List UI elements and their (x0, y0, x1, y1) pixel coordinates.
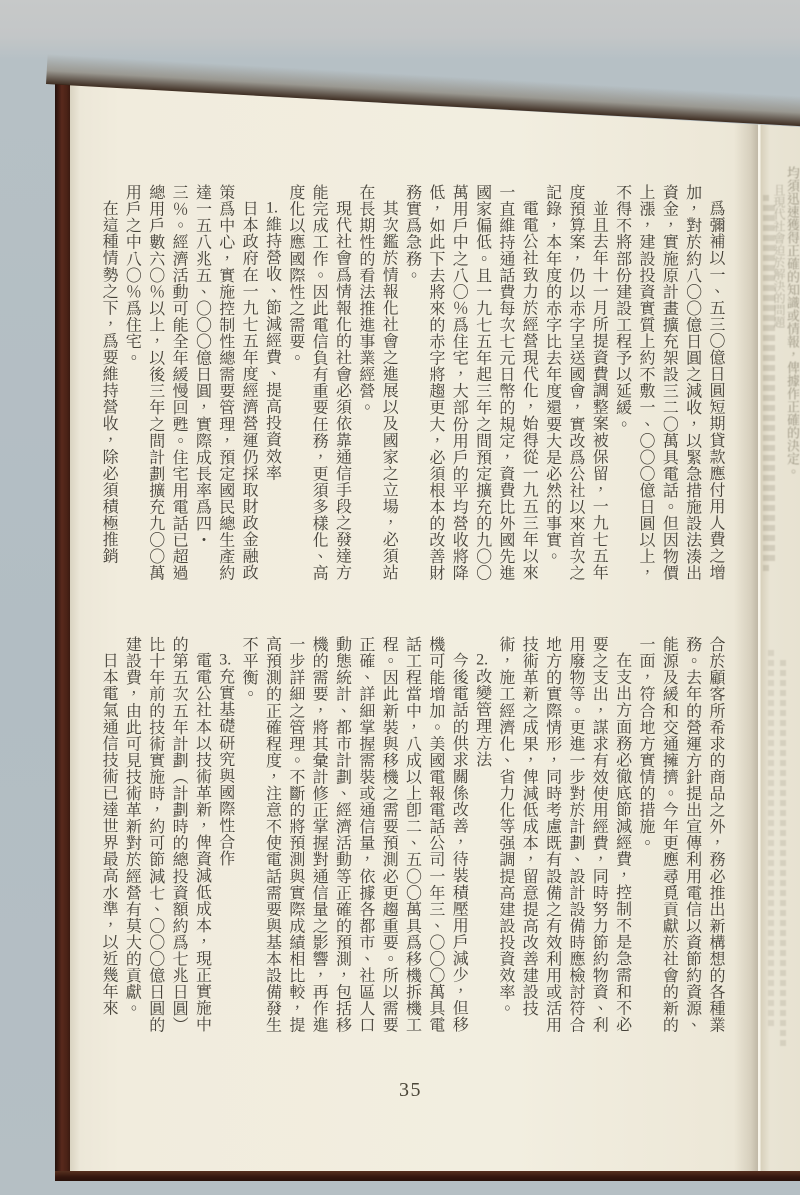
paragraph: 日本政府在一九七五年度經濟營運仍採取財政金融政策爲中心，實施控制性總需要管理，預… (120, 184, 260, 584)
section-heading: 3.充實基礎研究與國際性合作 (213, 636, 236, 1038)
paragraph: 日本電氣通信技術已達世界最高水準，以近幾年來 (97, 636, 120, 1038)
paragraph: 在這種情勢之下，爲要維持營收，除必須積極推銷 (97, 184, 120, 584)
section-number: 1. (263, 200, 280, 216)
adjacent-page-ghost-text (768, 650, 774, 1030)
adjacent-page-ghost-text (780, 660, 786, 1050)
paragraph: 其次鑑於情報化社會之進展以及國家之立場，必須站在長期性的看法推進事業經營。 (354, 184, 401, 584)
paragraph: 現代社會爲情報化的社會必須依靠通信手段之發達方能完成工作。因此電信負有重要任務，… (283, 184, 353, 584)
upper-text-block: 爲彌補以一、五三〇億日圓短期貸款應付用人費之增加，對於約八〇〇億日圓之減收，以緊… (97, 184, 727, 584)
paragraph: 今後電話的供求關係改善，待裝積壓用戶減少，但移機可能增加。美國電報電話公司一年三… (237, 636, 470, 1038)
section-number: 2. (474, 652, 491, 668)
book-cover-spine-edge (55, 80, 70, 1181)
paragraph: 爲彌補以一、五三〇億日圓短期貸款應付用人費之增加，對於約八〇〇億日圓之減收，以緊… (610, 184, 727, 584)
section-heading: 1.維持營收、節減經費、提高投資效率 (260, 184, 283, 584)
adjacent-page-text: 均須迅速獲得正確的知識或情報，俾據作正確的決定。 (785, 166, 799, 616)
paragraph: 在支出方面務必徹底節減經費，控制不是急需和不必要之支出，謀求有效使用經費，同時努… (494, 636, 634, 1038)
section-heading-label: 維持營收、節減經費、提高投資效率 (263, 216, 280, 481)
book-bottom-edge (55, 1171, 800, 1181)
page-number: 35 (399, 1079, 422, 1102)
paragraph: 合於顧客所希求的商品之外，務必推出新構想的各種業務。去年的營運方針提出宣傳利用電… (634, 636, 727, 1038)
book: 均須迅速獲得正確的知識或情報，俾據作正確的決定。 且現代社會迫於解決的問題 爲彌… (0, 0, 800, 1195)
section-heading-label: 充實基礎研究與國際性合作 (217, 668, 234, 867)
paragraph: 並且去年十一月所提資費調整案被保留，一九七五年度預算案，仍以赤字呈送國會，實改爲… (540, 184, 610, 584)
paragraph: 電電公社本以技術革新，俾資減低成本，現正實施中的第五次五年計劃（計劃時的總投資額… (120, 636, 213, 1038)
section-number: 3. (217, 652, 234, 668)
page-curl-crease (734, 80, 760, 1181)
section-heading: 2.改變管理方法 (470, 636, 493, 1038)
section-heading-label: 改變管理方法 (474, 668, 491, 767)
lower-text-block: 合於顧客所希求的商品之外，務必推出新構想的各種業務。去年的營運方針提出宣傳利用電… (97, 636, 727, 1038)
paragraph: 電電公社致力於經營現代化，始得從一九五三年以來一直維持通話費每次七元日幣的規定，… (400, 184, 540, 584)
adjacent-page-text: 且現代社會迫於解決的問題 (772, 184, 785, 604)
